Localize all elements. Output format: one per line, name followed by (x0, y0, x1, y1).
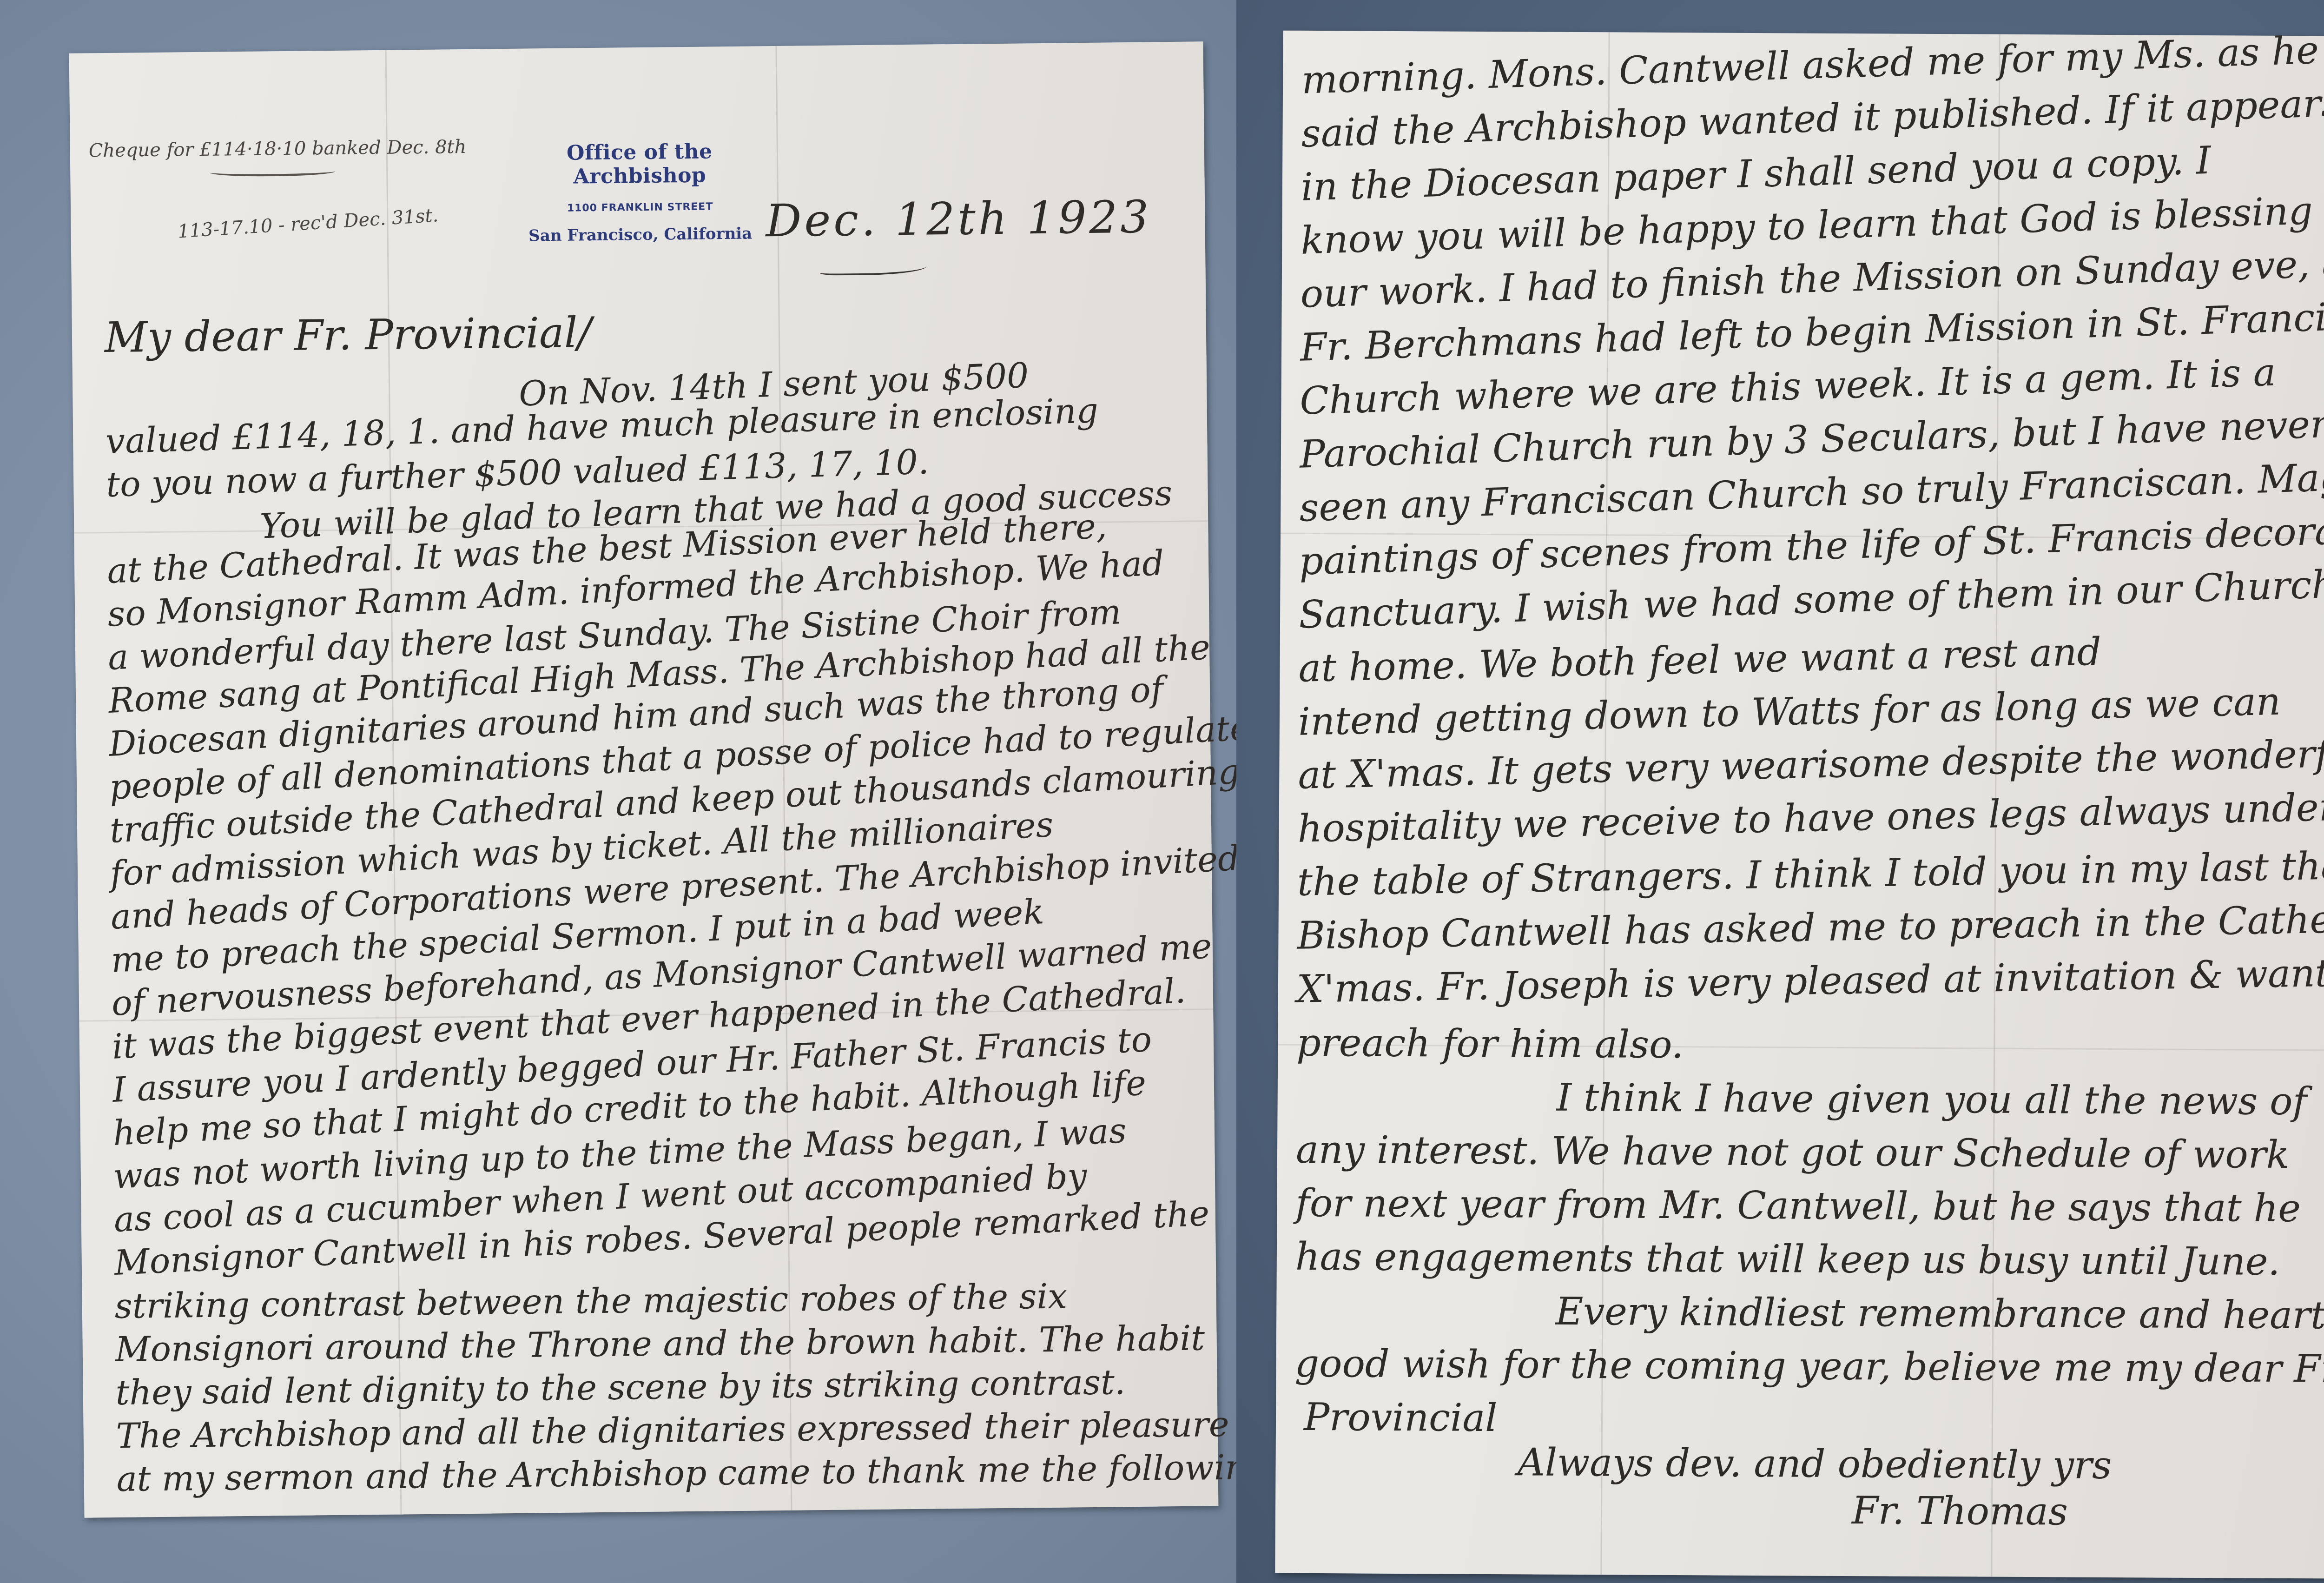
letterhead-street: 1100 FRANKLIN STREET (510, 200, 770, 215)
body-line: Bishop Cantwell has asked me to preach i… (1297, 895, 2324, 958)
closing: Always dev. and obediently yrs (1517, 1440, 2112, 1488)
body-line: for next year from Mr. Cantwell, but he … (1295, 1181, 2301, 1231)
body-line: they said lent dignity to the scene by i… (115, 1362, 1125, 1413)
body-line: striking contrast between the majestic r… (114, 1277, 1067, 1326)
letter-date: Dec. 12th 1923 (766, 191, 1152, 247)
letter-page-1: Cheque for £114·18·10 banked Dec. 8th 11… (69, 41, 1219, 1517)
body-line: intend getting down to Watts for as long… (1298, 680, 2281, 744)
body-line: has engagements that will keep us busy u… (1295, 1235, 2280, 1284)
body-line: at home. We both feel we want a rest and (1298, 630, 2102, 691)
body-line: Every kindliest remembrance and hearties… (1555, 1290, 2324, 1338)
date-underline (819, 261, 926, 276)
left-photo: Cheque for £114·18·10 banked Dec. 8th 11… (0, 0, 1236, 1583)
body-line: I think I have given you all the news of (1556, 1076, 2307, 1124)
body-line: at my sermon and the Archbishop came to … (116, 1447, 1236, 1499)
margin-note-line-1: Cheque for £114·18·10 banked Dec. 8th (88, 132, 466, 166)
signature: Fr. Thomas (1852, 1489, 2068, 1534)
letter-page-2: morning. Mons. Cantwell asked me for my … (1275, 31, 2324, 1579)
body-line: the table of Strangers. I think I told y… (1297, 844, 2324, 905)
body-line: any interest. We have not got our Schedu… (1296, 1128, 2290, 1177)
body-line: Monsignori around the Throne and the bro… (115, 1318, 1205, 1370)
body-line: preach for him also. (1296, 1021, 1684, 1067)
letterhead: Office of the Archbishop 1100 FRANKLIN S… (509, 139, 771, 245)
letterhead-city: San Francisco, California (510, 224, 771, 245)
body-line: hospitality we receive to have ones legs… (1297, 785, 2324, 851)
margin-note-line-2: 113-17.10 - rec'd Dec. 31st. (89, 199, 468, 252)
body-line: Provincial (1304, 1395, 1498, 1440)
body-line: The Archbishop and all the dignitaries e… (116, 1404, 1229, 1456)
body-line: X'mas. Fr. Joseph is very pleased at inv… (1296, 949, 2324, 1012)
body-line: good wish for the coming year, believe m… (1294, 1342, 2324, 1391)
margin-note: Cheque for £114·18·10 banked Dec. 8th 11… (88, 75, 468, 309)
body-line: at X'mas. It gets very wearisome despite… (1297, 731, 2324, 798)
letterhead-title: Office of the Archbishop (509, 139, 770, 189)
salutation: My dear Fr. Provincial/ (104, 308, 592, 362)
right-photo: morning. Mons. Cantwell asked me for my … (1236, 0, 2324, 1583)
